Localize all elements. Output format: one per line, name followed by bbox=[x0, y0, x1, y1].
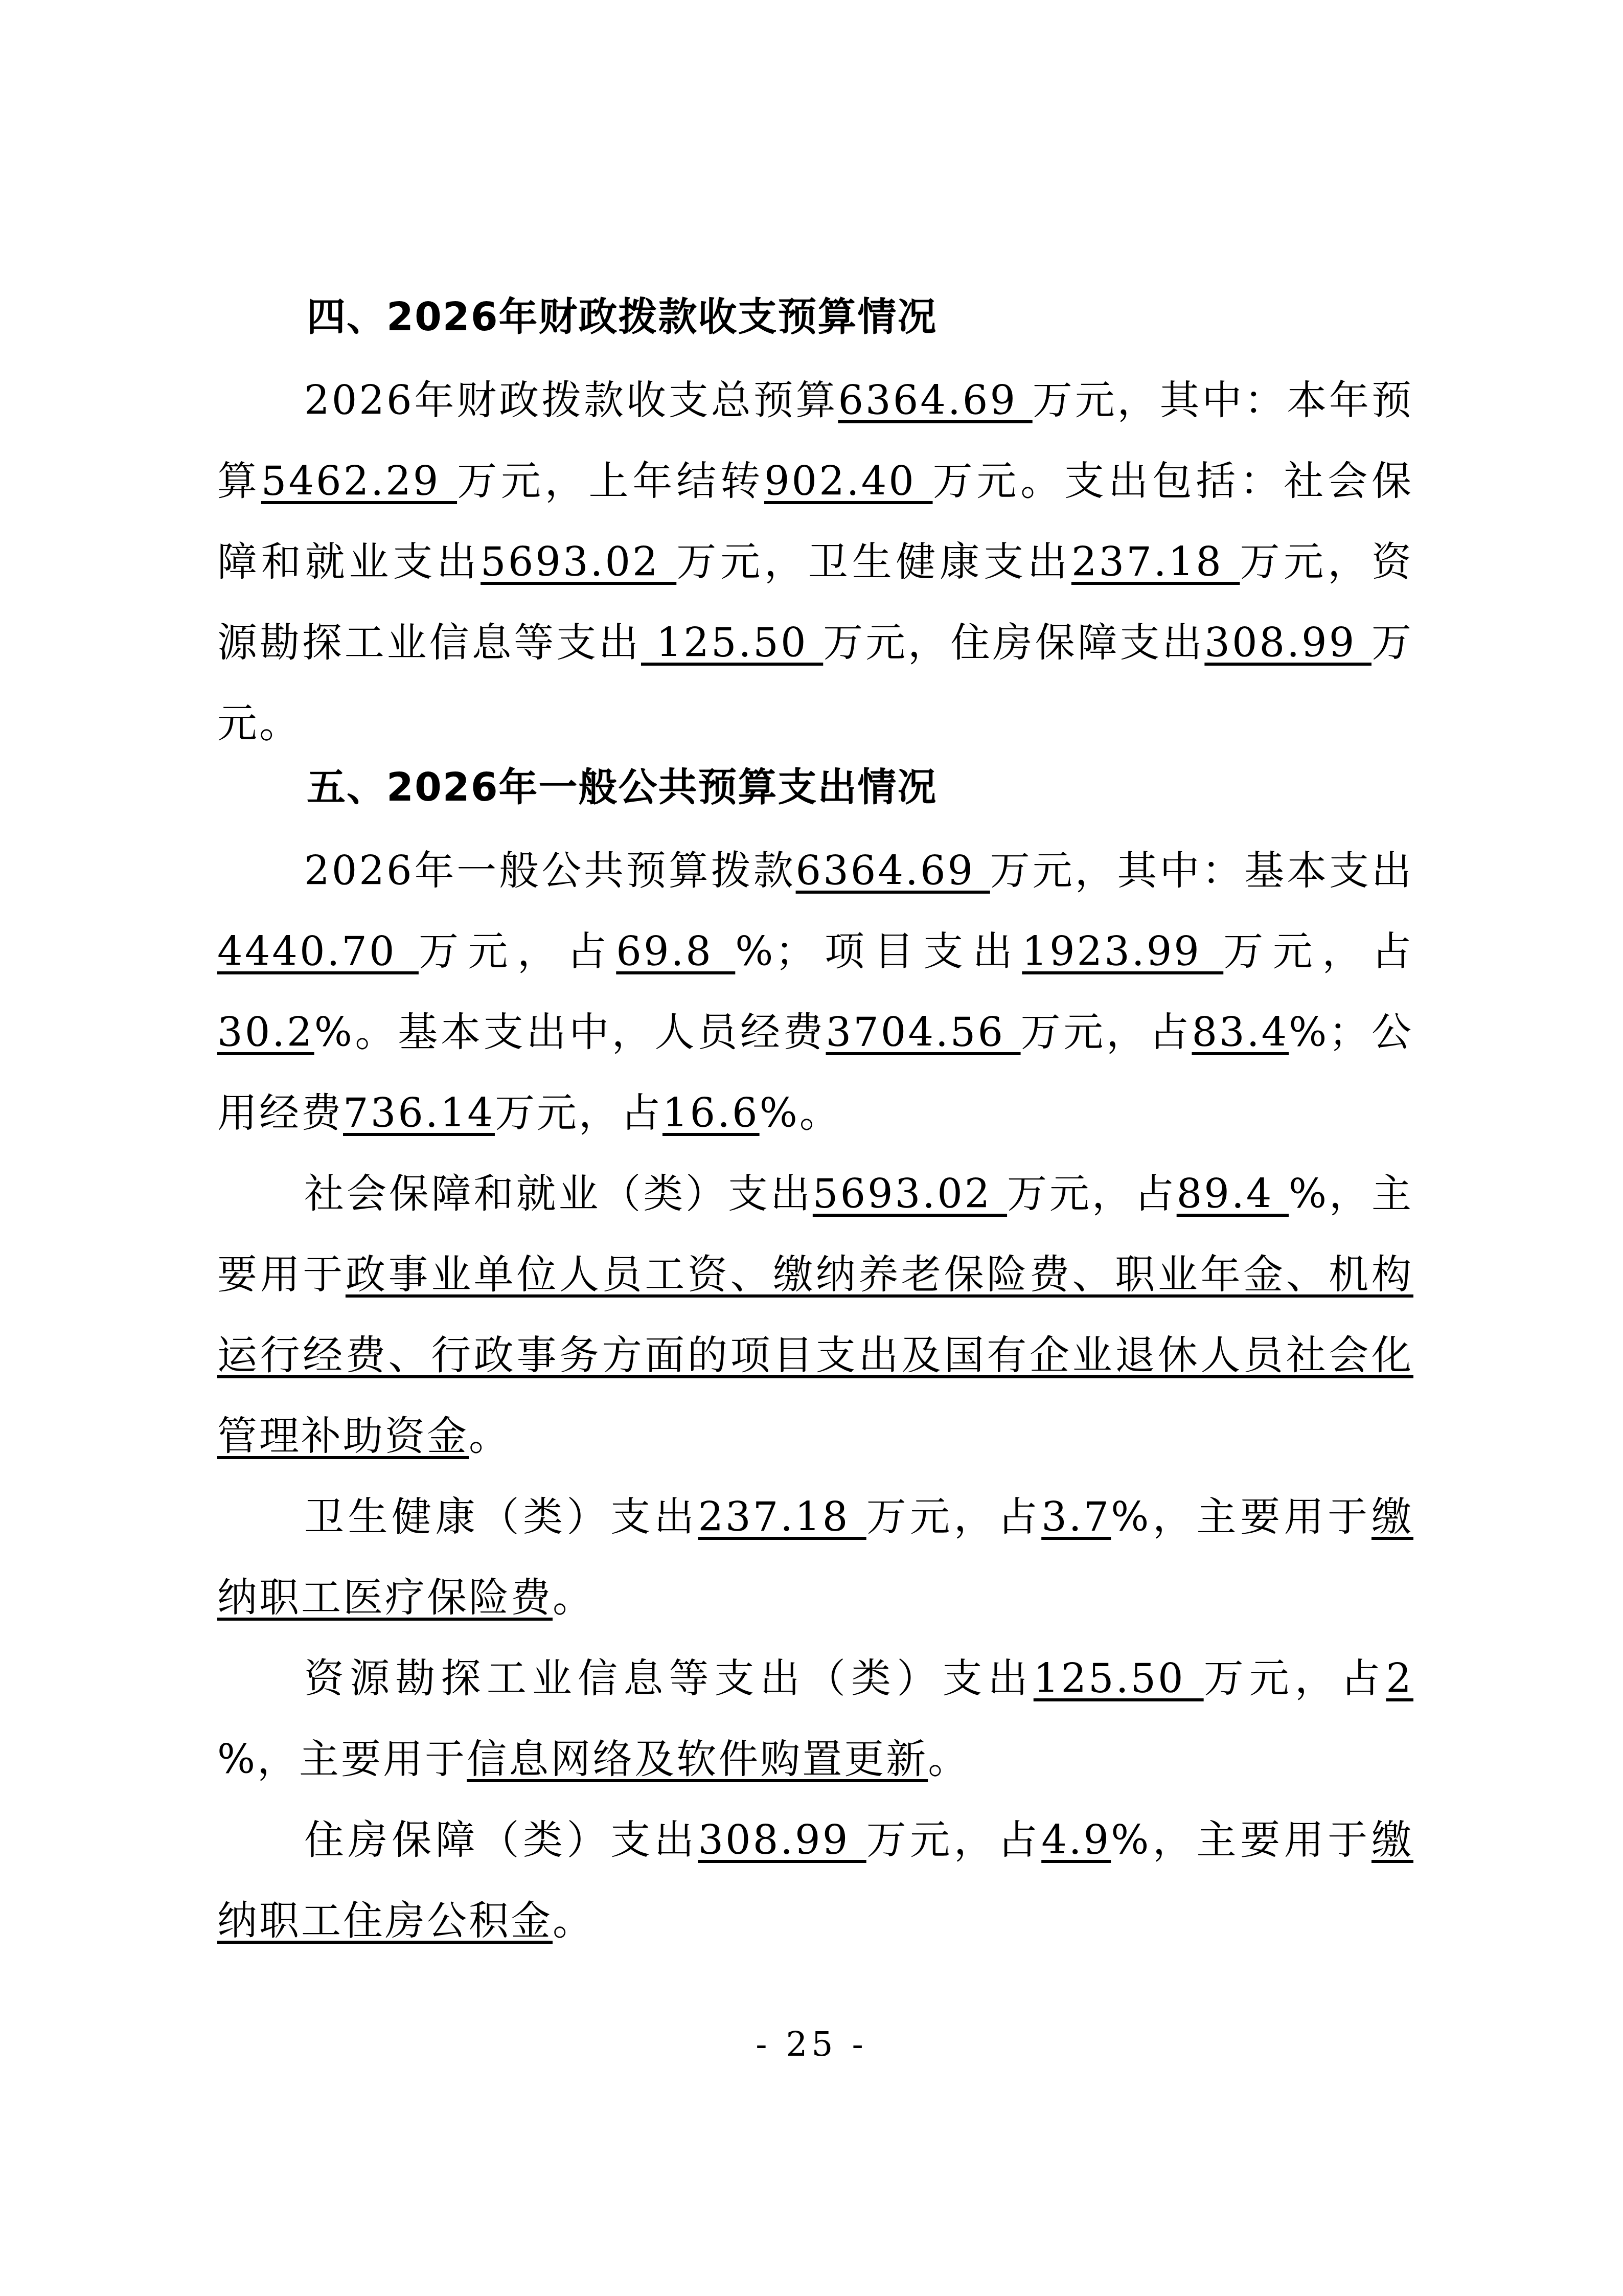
personnel-expense-pct: 83.4 bbox=[1192, 1010, 1289, 1056]
text: 万元，卫生健康支出 bbox=[676, 539, 1071, 585]
public-use-expense-value: 736.14 bbox=[343, 1090, 495, 1136]
text: 资源勘探工业信息等支出（类）支出 bbox=[304, 1656, 1034, 1702]
text: %，主要用于 bbox=[217, 1737, 467, 1783]
text: 2026年财政拨款收支总预算 bbox=[304, 378, 838, 424]
social-security-amount: 5693.02 bbox=[813, 1171, 1007, 1217]
social-security-paragraph: 社会保障和就业（类）支出5693.02 万元，占89.4 %，主要用于政事业单位… bbox=[217, 1154, 1413, 1477]
text: 社会保障和就业（类）支出 bbox=[304, 1171, 813, 1217]
general-budget-summary: 2026年一般公共预算拨款6364.69 万元，其中：基本支出4440.70 万… bbox=[217, 831, 1413, 1154]
housing-paragraph: 住房保障（类）支出308.99 万元，占4.9%，主要用于缴纳职工住房公积金。 bbox=[217, 1800, 1413, 1962]
carryover-value: 902.40 bbox=[764, 459, 933, 505]
fiscal-budget-summary: 2026年财政拨款收支总预算6364.69 万元，其中：本年预算5462.29 … bbox=[217, 360, 1413, 764]
text: 。 bbox=[469, 1414, 511, 1460]
total-budget-value: 6364.69 bbox=[838, 378, 1032, 424]
health-paragraph: 卫生健康（类）支出237.18 万元，占3.7%，主要用于缴纳职工医疗保险费。 bbox=[217, 1477, 1413, 1639]
social-security-value: 5693.02 bbox=[481, 539, 676, 585]
general-total-value: 6364.69 bbox=[796, 848, 990, 894]
text: %；项目支出 bbox=[735, 929, 1022, 975]
section-5: 五、2026年一般公共预算支出情况 bbox=[217, 762, 1413, 813]
section-4-heading: 四、2026年财政拨款收支预算情况 bbox=[217, 291, 1413, 343]
personnel-expense-value: 3704.56 bbox=[826, 1010, 1021, 1056]
text: 万元，占 bbox=[419, 929, 616, 975]
text: 万元，占 bbox=[1204, 1656, 1386, 1702]
document-page: 四、2026年财政拨款收支预算情况 2026年财政拨款收支总预算6364.69 … bbox=[0, 0, 1623, 2296]
housing-pct: 4.9 bbox=[1041, 1817, 1111, 1863]
basic-expense-value: 4440.70 bbox=[217, 929, 419, 975]
section-4-paragraph: 2026年财政拨款收支总预算6364.69 万元，其中：本年预算5462.29 … bbox=[217, 360, 1413, 764]
text: %，主要用于 bbox=[1111, 1817, 1371, 1863]
text: %，主要用于 bbox=[1111, 1494, 1371, 1540]
text: 卫生健康（类）支出 bbox=[304, 1494, 698, 1540]
public-use-expense-pct: 16.6 bbox=[662, 1090, 760, 1136]
text: %。基本支出中，人员经费 bbox=[314, 1010, 826, 1056]
text: 万元，占 bbox=[1223, 929, 1413, 975]
project-expense-pct: 30.2 bbox=[217, 1010, 314, 1056]
resources-amount: 125.50 bbox=[1034, 1656, 1204, 1702]
section-5-heading: 五、2026年一般公共预算支出情况 bbox=[217, 762, 1413, 813]
text: 。 bbox=[553, 1575, 595, 1621]
text: 。 bbox=[928, 1737, 970, 1783]
text: 万元，占 bbox=[495, 1090, 662, 1136]
resources-pct: 2 bbox=[1386, 1656, 1413, 1702]
text: 万元，上年结转 bbox=[457, 459, 764, 505]
project-expense-value: 1923.99 bbox=[1022, 929, 1223, 975]
section-5-body: 2026年一般公共预算拨款6364.69 万元，其中：基本支出4440.70 万… bbox=[217, 831, 1413, 1962]
text: 万元，占 bbox=[866, 1817, 1041, 1863]
text: 万元，占 bbox=[1007, 1171, 1177, 1217]
health-pct: 3.7 bbox=[1041, 1494, 1111, 1540]
text: 2026年一般公共预算拨款 bbox=[304, 848, 796, 894]
current-year-budget-value: 5462.29 bbox=[261, 459, 457, 505]
page-number: - 25 - bbox=[0, 2025, 1623, 2064]
text: 万元，占 bbox=[1021, 1010, 1192, 1056]
health-amount: 237.18 bbox=[698, 1494, 866, 1540]
health-value: 237.18 bbox=[1071, 539, 1240, 585]
resources-paragraph: 资源勘探工业信息等支出（类）支出125.50 万元，占2 %，主要用于信息网络及… bbox=[217, 1639, 1413, 1800]
text: %。 bbox=[760, 1090, 841, 1136]
resources-purpose: 信息网络及软件购置更新 bbox=[467, 1737, 928, 1783]
text: 。 bbox=[553, 1898, 595, 1944]
resources-value: 125.50 bbox=[641, 620, 823, 666]
housing-value: 308.99 bbox=[1204, 620, 1371, 666]
text: 万元，住房保障支出 bbox=[823, 620, 1204, 666]
section-4: 四、2026年财政拨款收支预算情况 bbox=[217, 291, 1413, 343]
social-security-pct: 89.4 bbox=[1177, 1171, 1289, 1217]
basic-expense-pct: 69.8 bbox=[616, 929, 735, 975]
social-security-purpose: 政事业单位人员工资、缴纳养老保险费、职业年金、机构运行经费、行政事务方面的项目支… bbox=[217, 1252, 1413, 1460]
text: 万元，其中：基本支出 bbox=[990, 848, 1413, 894]
text: 万元，占 bbox=[866, 1494, 1041, 1540]
text: 住房保障（类）支出 bbox=[304, 1817, 698, 1863]
housing-amount: 308.99 bbox=[698, 1817, 866, 1863]
